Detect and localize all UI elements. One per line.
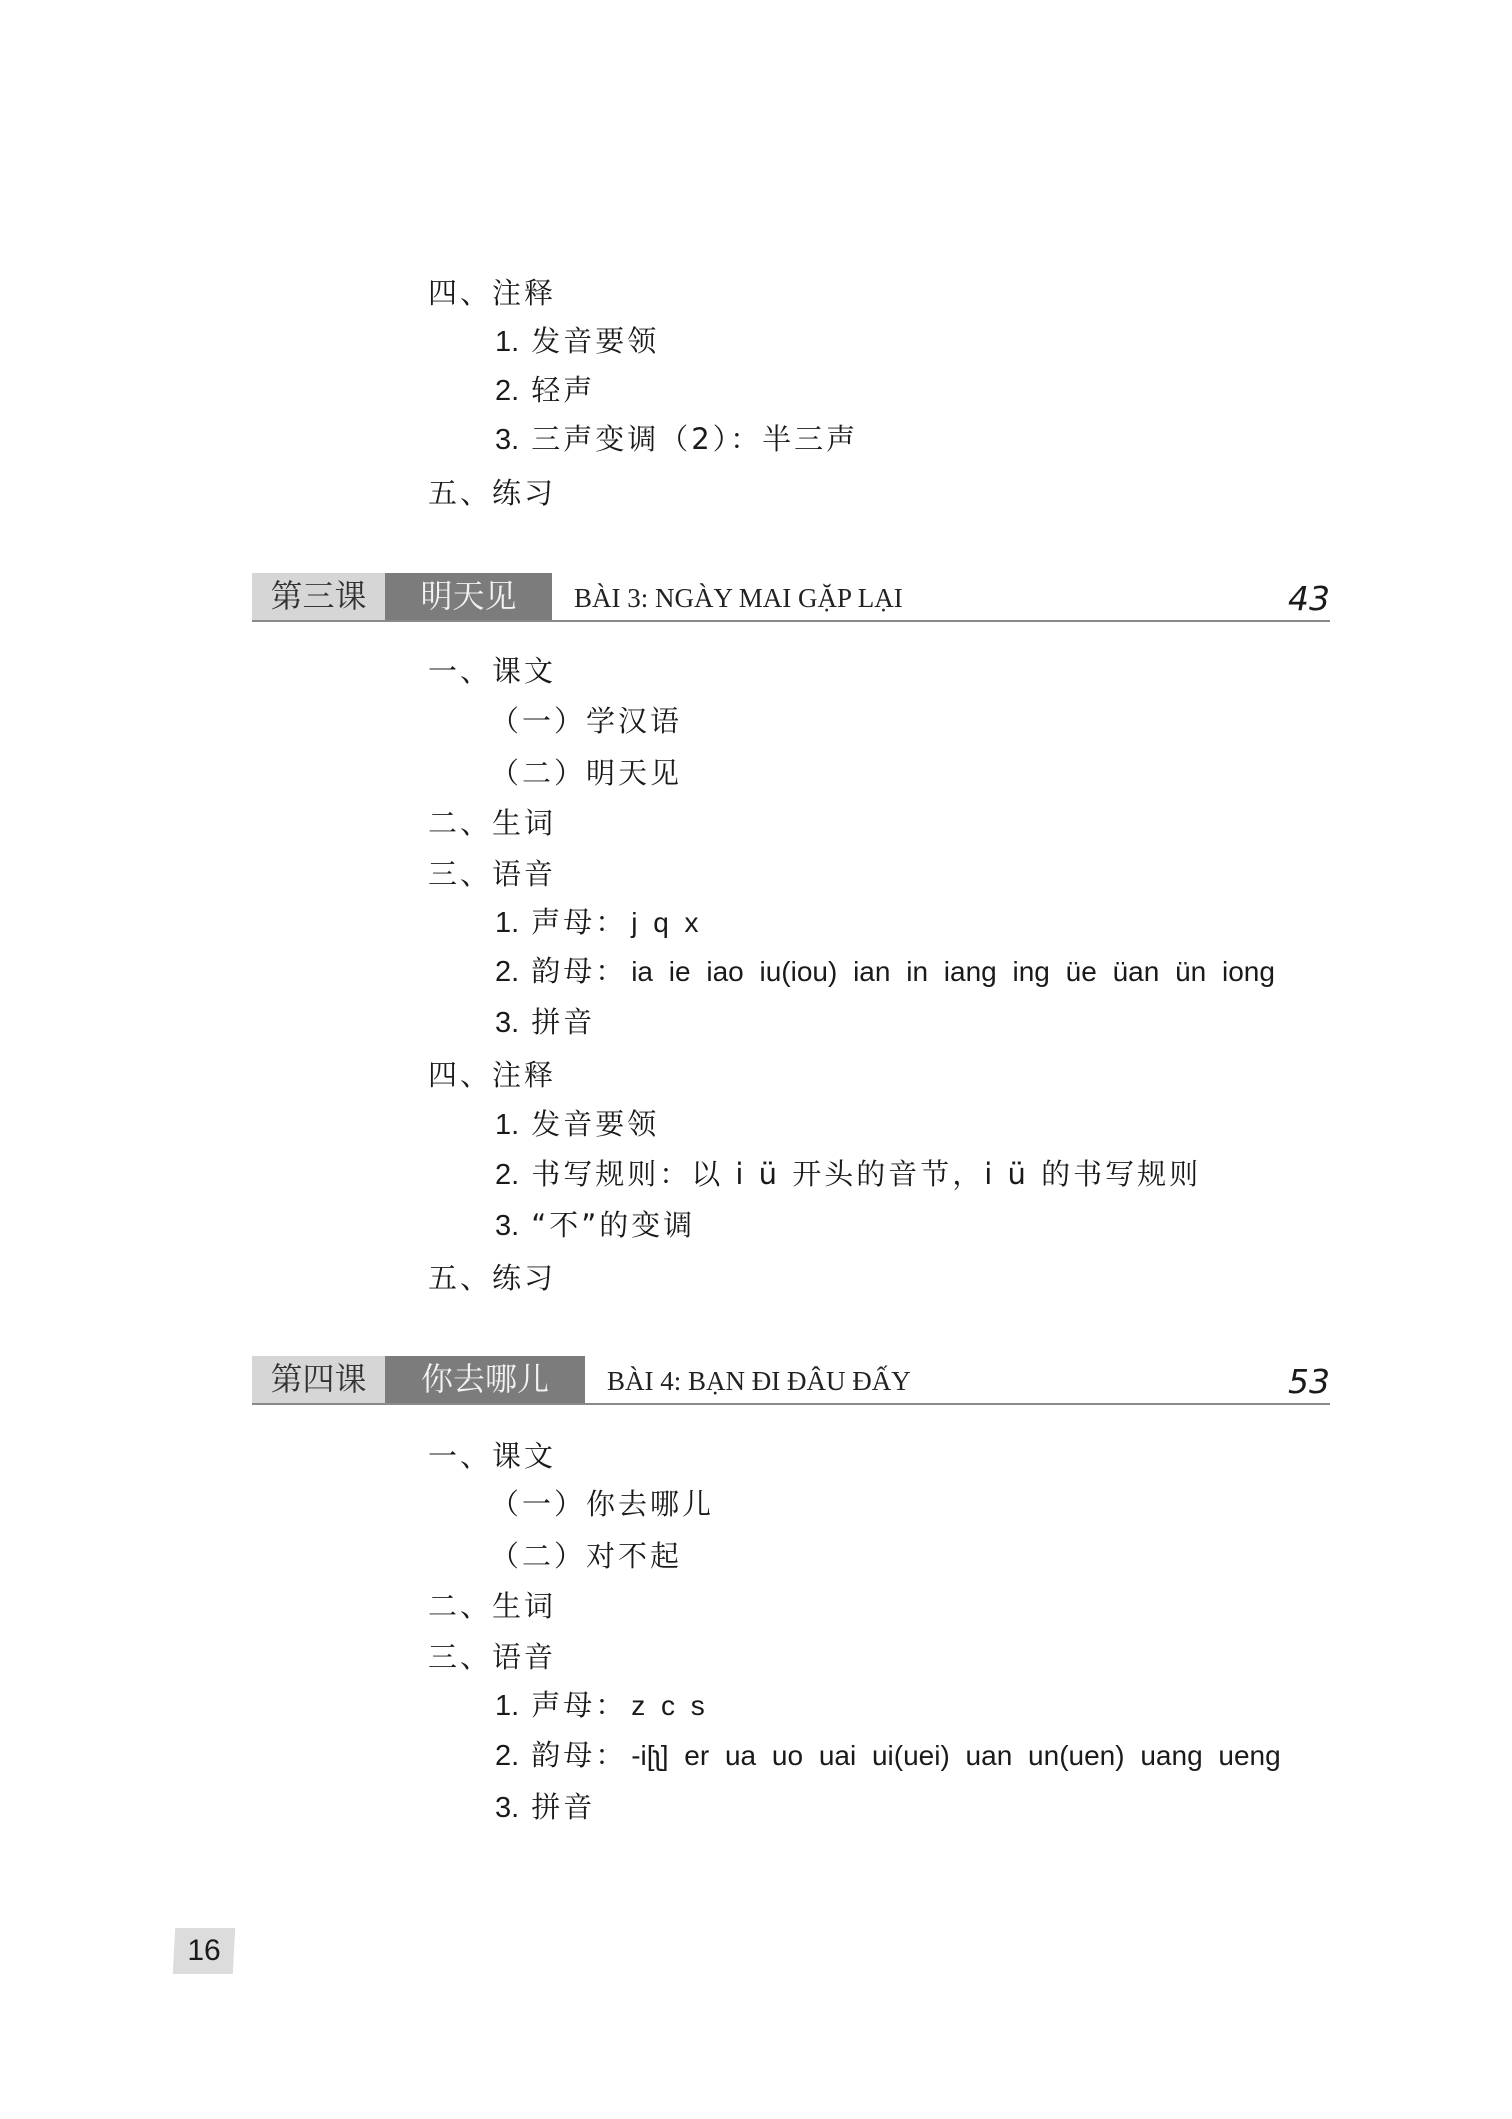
toc-item: 一、课文 — [428, 651, 556, 691]
toc-item-label: （二）对不起 — [490, 1539, 682, 1573]
toc-item-label: 二、生词 — [428, 1589, 556, 1623]
item-number: 1. — [495, 326, 519, 358]
item-number: 1. — [495, 907, 519, 939]
toc-item-label: 拼音 — [531, 1005, 595, 1039]
toc-item-label: 发音要领 — [531, 1107, 659, 1141]
toc-item: 一、课文 — [428, 1436, 556, 1476]
toc-item: 二、生词 — [428, 1586, 556, 1626]
lesson-title-cn: 你去哪儿 — [385, 1356, 585, 1403]
toc-subitem: （二）对不起 — [490, 1536, 682, 1576]
toc-item-label: 拼音 — [531, 1790, 595, 1824]
toc-subitem: 2.韵母：-i[ʅ] er ua uo uai ui(uei) uan un(u… — [495, 1735, 1281, 1776]
item-number: 2. — [495, 1740, 519, 1772]
toc-item-label: 韵母： — [531, 954, 627, 988]
toc-item: 五、练习 — [428, 1258, 556, 1298]
toc-item-label: 二、生词 — [428, 806, 556, 840]
item-number: 3. — [495, 1007, 519, 1039]
toc-item-label: 四、注释 — [428, 276, 556, 310]
toc-subitem: 1.发音要领 — [495, 321, 659, 362]
toc-subitem: 1.声母：j q x — [495, 902, 699, 943]
lesson-page-number: 43 — [1288, 575, 1330, 622]
item-number: 3. — [495, 1210, 519, 1242]
toc-item: 五、练习 — [428, 473, 556, 513]
toc-item: 二、生词 — [428, 803, 556, 843]
pinyin-list: ia ie iao iu(iou) ian in iang ing üe üan… — [631, 956, 1275, 987]
toc-subitem: （一）学汉语 — [490, 701, 682, 741]
toc-item-label: （一）你去哪儿 — [490, 1487, 714, 1521]
lesson-header-4[interactable]: 第四课 你去哪儿 BÀI 4: BẠN ĐI ĐÂU ĐẤY 53 — [252, 1356, 1330, 1405]
item-number: 2. — [495, 956, 519, 988]
item-number: 1. — [495, 1690, 519, 1722]
toc-item-label: 发音要领 — [531, 324, 659, 358]
toc-subitem: 2.轻声 — [495, 370, 595, 411]
toc-item-label: 五、练习 — [428, 1261, 556, 1295]
toc-item: 三、语音 — [428, 1637, 556, 1677]
item-number: 2. — [495, 1159, 519, 1191]
toc-item-label: “不”的变调 — [531, 1208, 695, 1242]
toc-item-label: 三、语音 — [428, 857, 556, 891]
toc-item-label: 四、注释 — [428, 1058, 556, 1092]
toc-subitem: 1.发音要领 — [495, 1104, 659, 1145]
toc-item-label: 声母： — [531, 905, 627, 939]
pinyin-list: -i[ʅ] er ua uo uai ui(uei) uan un(uen) u… — [631, 1740, 1281, 1771]
toc-item-label: 五、练习 — [428, 476, 556, 510]
toc-item-label: 三声变调（2）：半三声 — [531, 422, 858, 456]
toc-item-label: （一）学汉语 — [490, 704, 682, 738]
lesson-page-number: 53 — [1288, 1358, 1330, 1405]
toc-item-label: 一、课文 — [428, 654, 556, 688]
page-number: 16 — [174, 1928, 234, 1974]
toc-subitem: 1.声母：z c s — [495, 1685, 705, 1726]
toc-item: 四、注释 — [428, 273, 556, 313]
toc-item-label: 轻声 — [531, 373, 595, 407]
lesson-title-vn: BÀI 4: BẠN ĐI ĐÂU ĐẤY — [607, 1356, 911, 1403]
toc-subitem: （一）你去哪儿 — [490, 1484, 714, 1524]
toc-subitem: 2.书写规则：以 i ü 开头的音节，i ü 的书写规则 — [495, 1154, 1201, 1195]
lesson-header-3[interactable]: 第三课 明天见 BÀI 3: NGÀY MAI GẶP LẠI 43 — [252, 573, 1330, 622]
lesson-title-cn: 明天见 — [385, 573, 552, 620]
toc-subitem: 2.韵母：ia ie iao iu(iou) ian in iang ing ü… — [495, 951, 1275, 992]
toc-item-label: 韵母： — [531, 1738, 627, 1772]
page-number-badge: 16 — [173, 1928, 235, 1974]
toc-item-label: 声母： — [531, 1688, 627, 1722]
toc-item: 四、注释 — [428, 1055, 556, 1095]
toc-item-label: 书写规则：以 i ü 开头的音节，i ü 的书写规则 — [531, 1157, 1201, 1191]
toc-subitem: 3.拼音 — [495, 1002, 595, 1043]
item-number: 3. — [495, 1792, 519, 1824]
lesson-number: 第三课 — [252, 573, 385, 620]
pinyin-list: z c s — [631, 1690, 705, 1721]
toc-subitem: 3.“不”的变调 — [495, 1205, 695, 1246]
lesson-title-vn: BÀI 3: NGÀY MAI GẶP LẠI — [574, 573, 903, 620]
toc-item-label: 三、语音 — [428, 1640, 556, 1674]
toc-subitem: 3.三声变调（2）：半三声 — [495, 419, 858, 460]
pinyin-list: j q x — [631, 907, 698, 938]
toc-item: 三、语音 — [428, 854, 556, 894]
lesson-number: 第四课 — [252, 1356, 385, 1403]
toc-item-label: 一、课文 — [428, 1439, 556, 1473]
item-number: 1. — [495, 1109, 519, 1141]
toc-subitem: 3.拼音 — [495, 1787, 595, 1828]
item-number: 2. — [495, 375, 519, 407]
item-number: 3. — [495, 424, 519, 456]
toc-item-label: （二）明天见 — [490, 756, 682, 790]
toc-subitem: （二）明天见 — [490, 753, 682, 793]
